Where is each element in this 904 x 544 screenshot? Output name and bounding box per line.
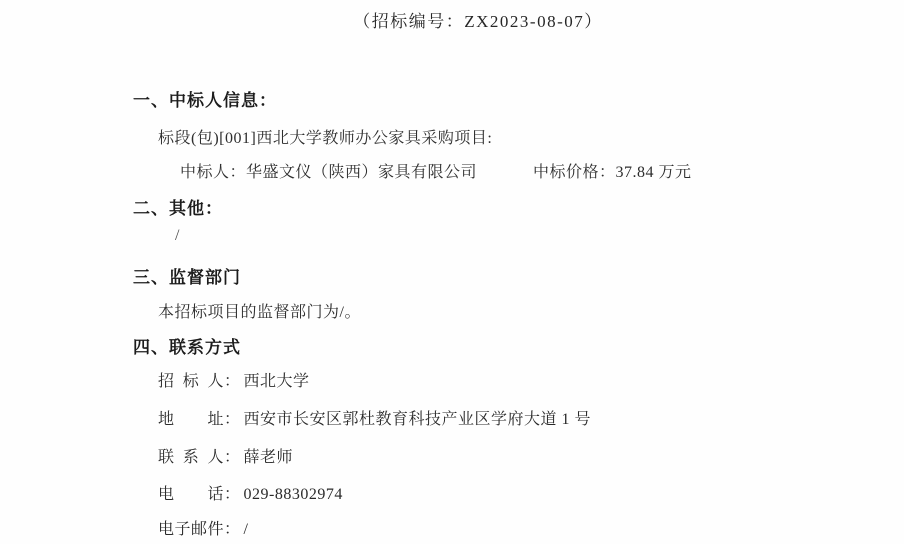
contact-label: 电话 bbox=[158, 481, 224, 504]
section3-content: 本招标项目的监督部门为/。 bbox=[158, 299, 361, 322]
contact-colon: ： bbox=[224, 411, 241, 428]
section1-heading: 一、中标人信息： bbox=[133, 86, 277, 111]
winner-line: 中标人：华盛文仪（陕西）家具有限公司中标价格：37.84 万元 bbox=[180, 159, 692, 182]
contact-value: 029-88302974 bbox=[244, 486, 343, 503]
contact-colon: ： bbox=[224, 521, 241, 538]
section2-heading: 二、其他： bbox=[133, 194, 223, 219]
contact-value: 薛老师 bbox=[244, 449, 294, 466]
contact-row-contact-person: 联系人：薛老师 bbox=[158, 444, 293, 467]
contact-row-tenderee: 招标人：西北大学 bbox=[158, 368, 310, 391]
contact-colon: ： bbox=[224, 486, 241, 503]
price-value: 37.84 万元 bbox=[616, 164, 692, 181]
contact-row-phone: 电话：029-88302974 bbox=[158, 481, 343, 504]
tender-number-line: （招标编号：ZX2023-08-07） bbox=[26, 7, 904, 32]
contact-colon: ： bbox=[224, 373, 241, 390]
winner-value: 华盛文仪（陕西）家具有限公司 bbox=[246, 164, 477, 181]
section2-content: / bbox=[175, 227, 180, 245]
contact-label: 电子邮件 bbox=[158, 516, 224, 539]
winner-label: 中标人： bbox=[180, 164, 246, 181]
contact-value: 西安市长安区郭杜教育科技产业区学府大道 1 号 bbox=[244, 411, 592, 428]
contact-value: / bbox=[244, 521, 249, 538]
section4-heading: 四、联系方式 bbox=[133, 333, 241, 358]
contact-row-address: 地址：西安市长安区郭杜教育科技产业区学府大道 1 号 bbox=[158, 406, 591, 429]
contact-label: 联系人 bbox=[158, 444, 224, 467]
document-page: （招标编号：ZX2023-08-07） 一、中标人信息： 标段(包)[001]西… bbox=[0, 0, 904, 544]
price-label: 中标价格： bbox=[533, 164, 616, 181]
section3-heading: 三、监督部门 bbox=[133, 263, 241, 288]
contact-row-email: 电子邮件：/ bbox=[158, 516, 248, 539]
contact-label: 招标人 bbox=[158, 368, 224, 391]
lot-line: 标段(包)[001]西北大学教师办公家具采购项目: bbox=[158, 125, 492, 148]
contact-value: 西北大学 bbox=[244, 373, 310, 390]
contact-label: 地址 bbox=[158, 406, 224, 429]
contact-colon: ： bbox=[224, 449, 241, 466]
